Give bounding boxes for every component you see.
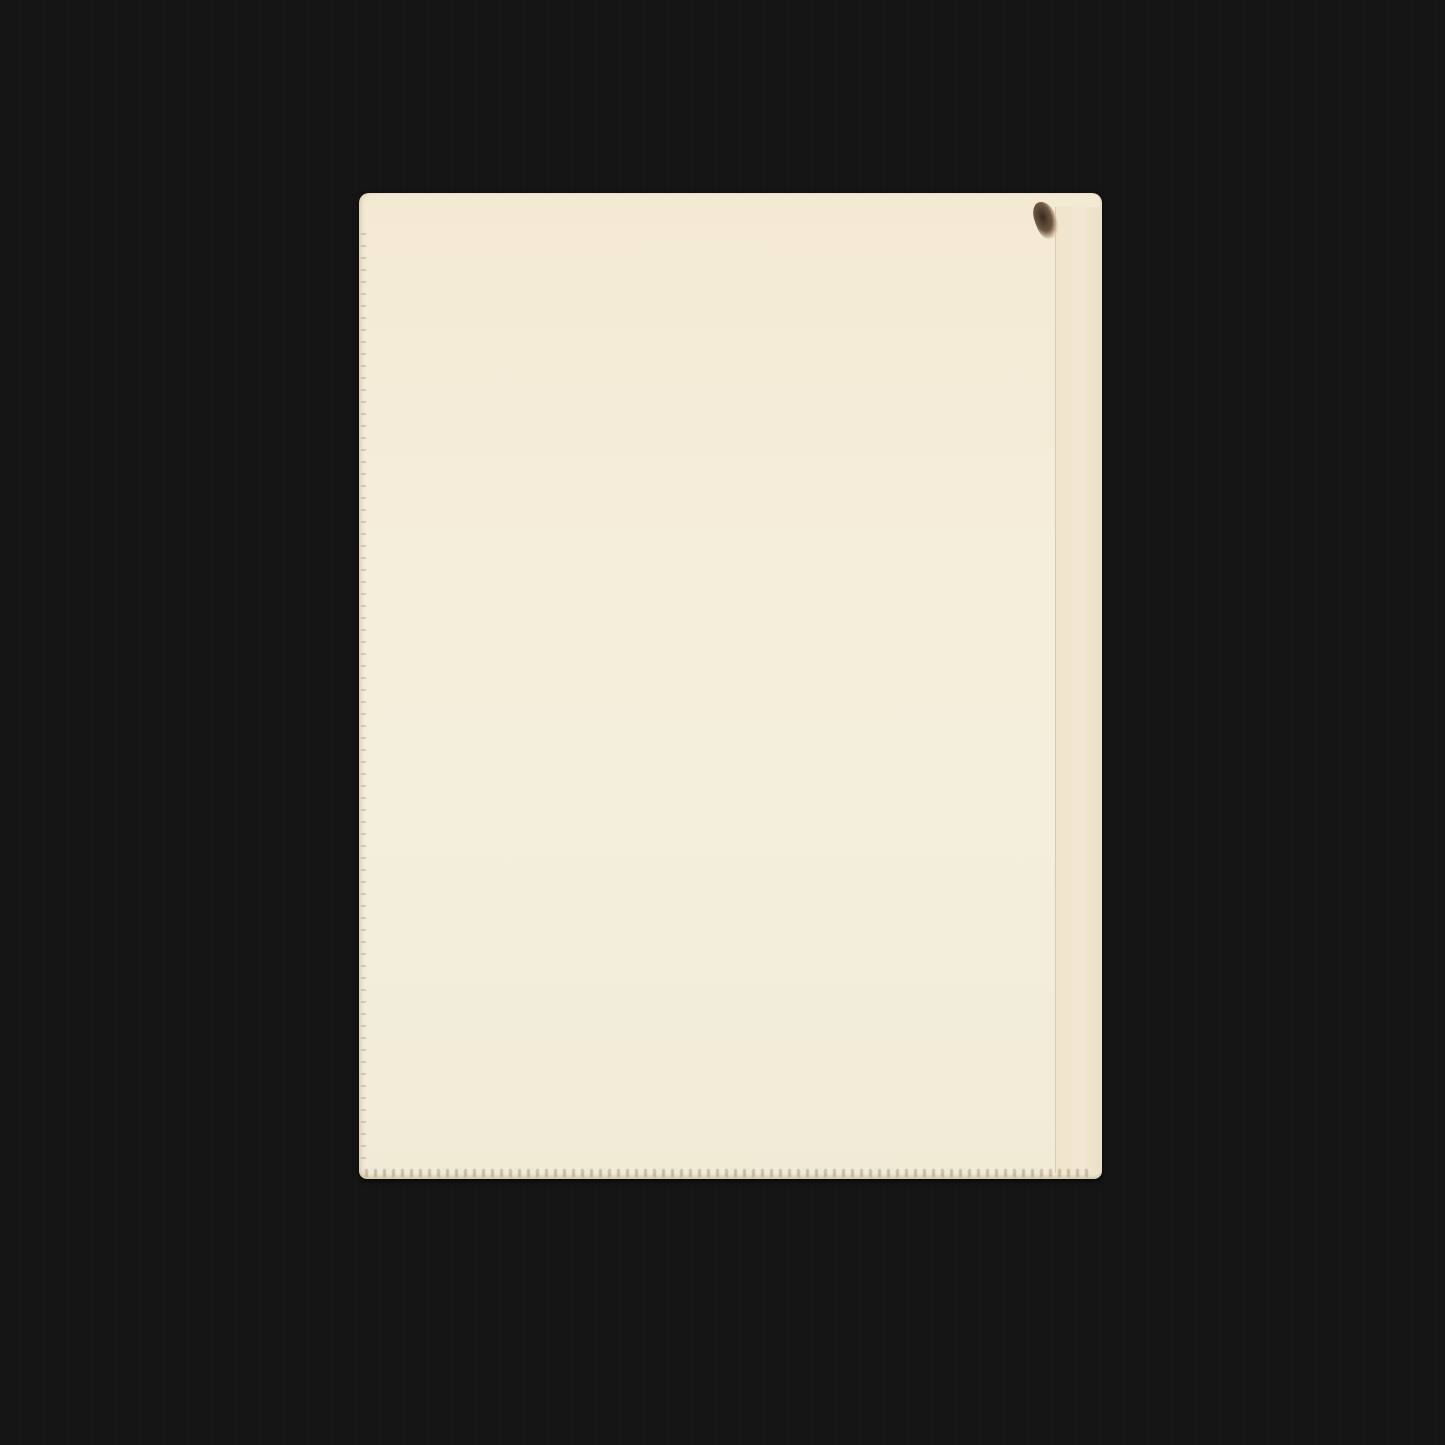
bottom-edge-wear bbox=[365, 1169, 1092, 1177]
left-edge-wear bbox=[361, 233, 366, 1159]
book-spine bbox=[1055, 207, 1102, 1173]
book-cover bbox=[359, 193, 1102, 1179]
